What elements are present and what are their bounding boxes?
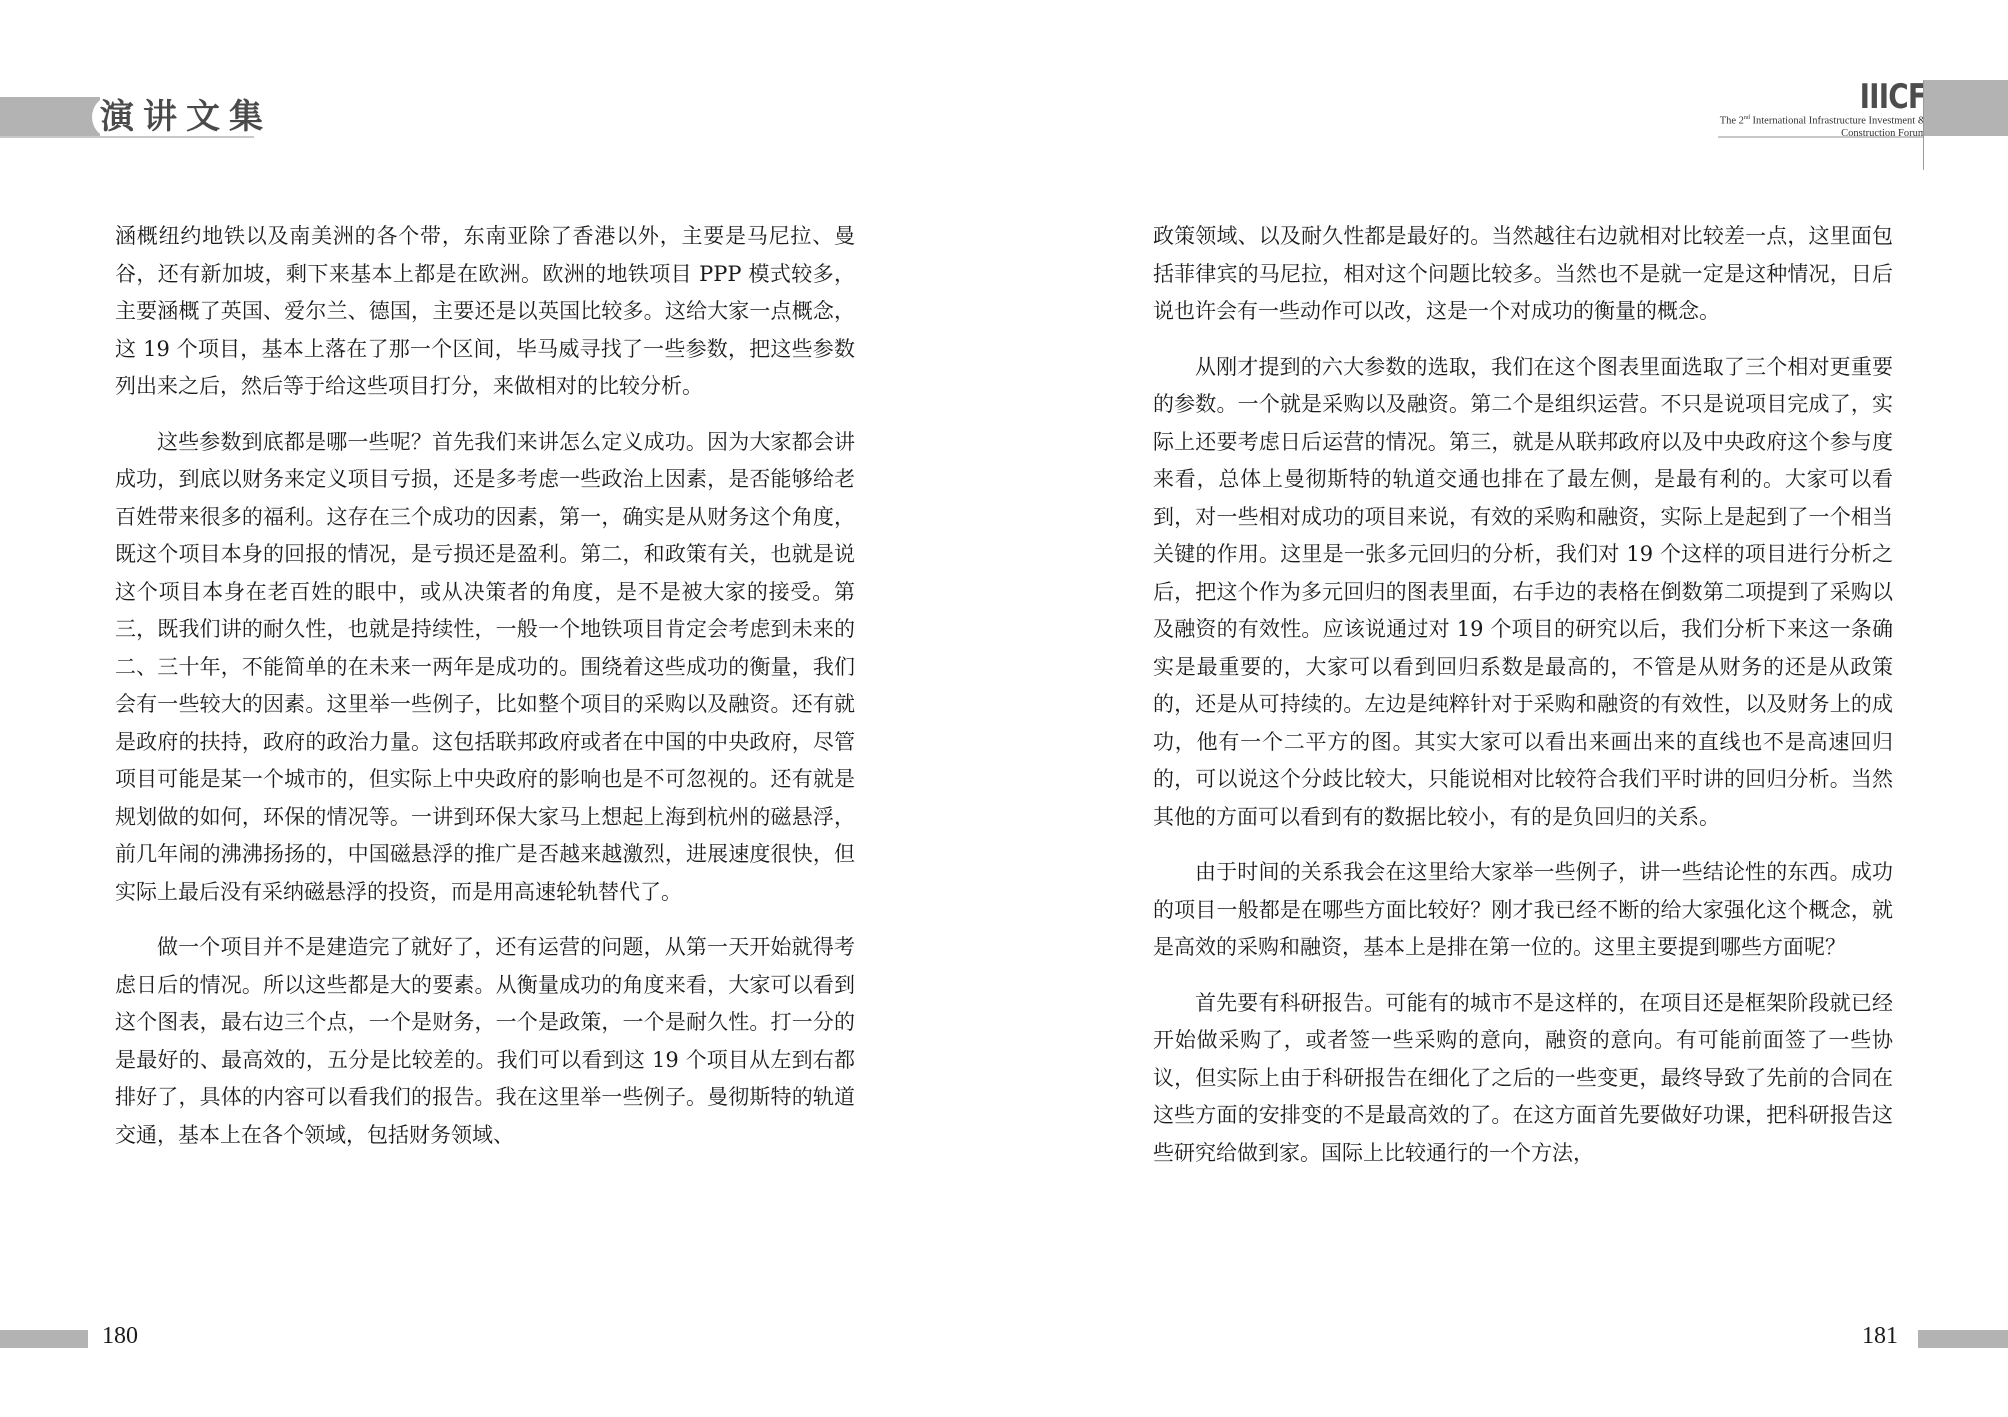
footer-left-decor-bar <box>0 1330 88 1348</box>
forum-subtitle-line1: International Infrastructure Investment … <box>1750 116 1926 127</box>
page-number-right: 181 <box>1862 1323 1898 1350</box>
section-title: 演讲文集 <box>100 95 272 139</box>
header-right-rule <box>1718 136 1924 138</box>
paragraph: 从刚才提到的六大参数的选取，我们在这个图表里面选取了三个相对更重要的参数。一个就… <box>1153 349 1893 837</box>
forum-subtitle-pre: The 2 <box>1720 116 1744 127</box>
header-right-divider <box>1923 80 1924 170</box>
left-page-body: 涵概纽约地铁以及南美洲的各个带，东南亚除了香港以外，主要是马尼拉、曼谷，还有新加… <box>115 218 855 1172</box>
paragraph: 由于时间的关系我会在这里给大家举一些例子，讲一些结论性的东西。成功的项目一般都是… <box>1153 854 1893 967</box>
forum-logo: IIICF <box>1859 79 1926 115</box>
header-left-rule <box>0 136 254 138</box>
page-number-left: 180 <box>102 1323 138 1350</box>
paragraph: 首先要有科研报告。可能有的城市不是这样的，在项目还是框架阶段就已经开始做采购了，… <box>1153 985 1893 1173</box>
right-page-body: 政策领域、以及耐久性都是最好的。当然越往右边就相对比较差一点，这里面包括菲律宾的… <box>1153 218 1893 1190</box>
paragraph: 这些参数到底都是哪一些呢？首先我们来讲怎么定义成功。因为大家都会讲成功，到底以财… <box>115 424 855 912</box>
footer-right-decor-bar <box>1918 1330 2008 1348</box>
paragraph: 政策领域、以及耐久性都是最好的。当然越往右边就相对比较差一点，这里面包括菲律宾的… <box>1153 218 1893 331</box>
paragraph: 做一个项目并不是建造完了就好了，还有运营的问题，从第一天开始就得考虑日后的情况。… <box>115 929 855 1154</box>
paragraph: 涵概纽约地铁以及南美洲的各个带，东南亚除了香港以外，主要是马尼拉、曼谷，还有新加… <box>115 218 855 406</box>
header-left-decor-bar <box>0 97 100 137</box>
header-right-decor-block <box>1924 80 2008 136</box>
